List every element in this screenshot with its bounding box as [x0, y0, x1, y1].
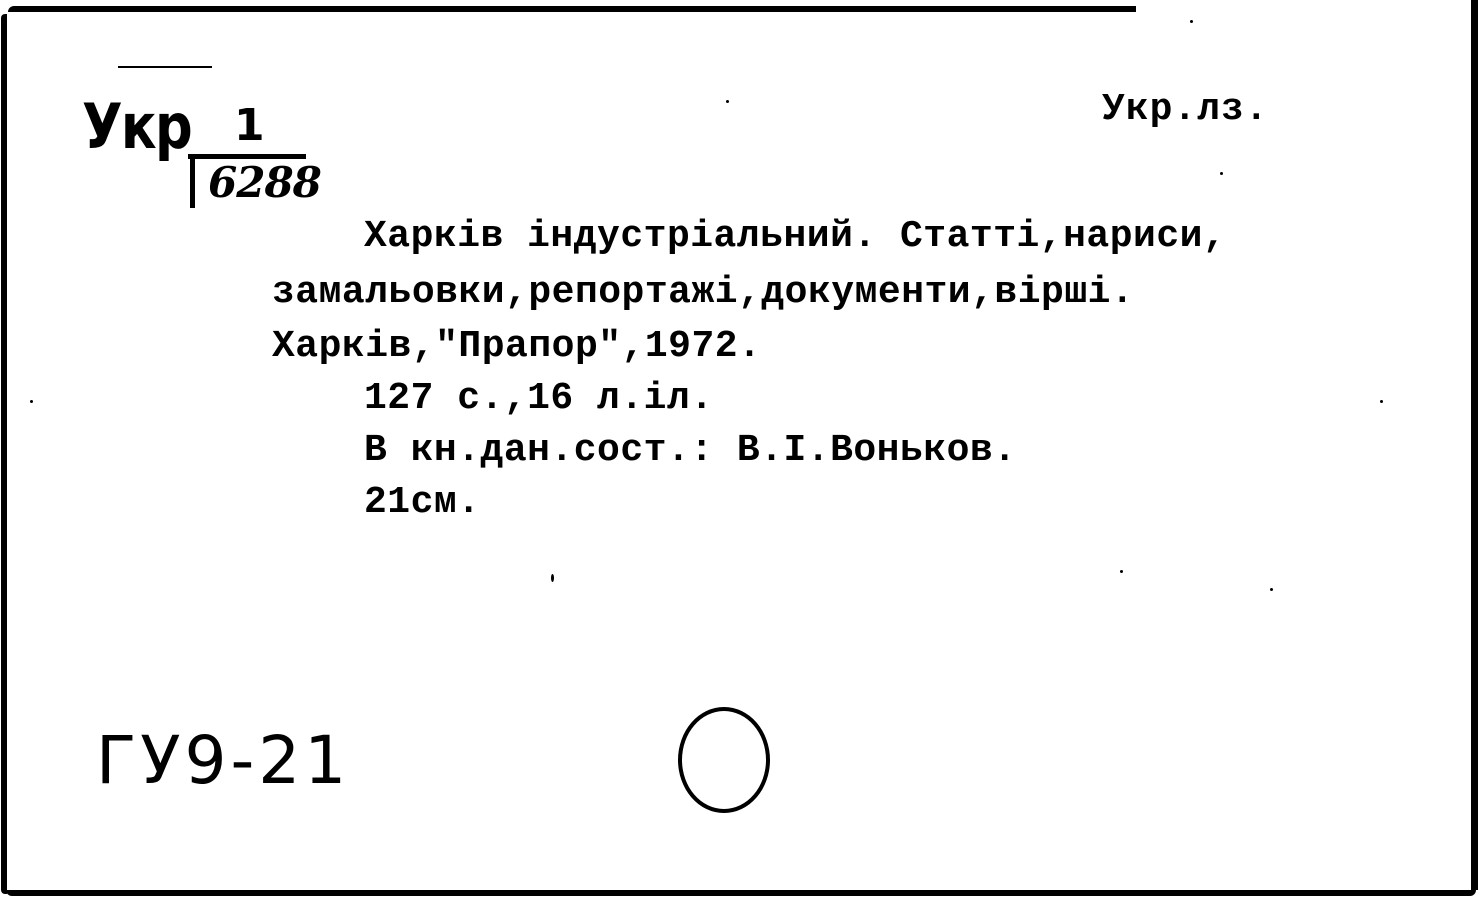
call-number-denominator: 6288 [208, 158, 321, 207]
call-number-numerator: 1 [234, 100, 265, 151]
entry-compiler-line: В кн.дан.сост.: В.І.Воньков. [364, 432, 1017, 470]
card-border-top [8, 6, 1136, 12]
entry-size-line: 21см. [364, 484, 481, 522]
fraction-stem [190, 158, 195, 208]
scan-speck [726, 100, 729, 103]
card-border-left [1, 14, 7, 894]
section-code: Укр.лз. [1102, 88, 1269, 131]
call-number-fraction: 1 6288 [188, 100, 338, 210]
card-border-bottom [6, 890, 1476, 896]
scan-speck [1190, 20, 1193, 23]
shelf-mark: ГУ9-21 [96, 722, 350, 799]
entry-imprint-line: Харків,"Прапор",1972. [272, 328, 761, 366]
call-number-prefix: Укр [82, 96, 191, 158]
scan-speck [551, 574, 554, 582]
card-border-right [1471, 0, 1478, 890]
entry-pagination-line: 127 с.,16 л.іл. [364, 380, 714, 418]
scan-speck [1270, 588, 1273, 591]
scan-speck [1220, 172, 1223, 175]
scan-speck [1380, 400, 1383, 403]
pencil-rule [118, 66, 212, 68]
scan-speck [30, 400, 33, 403]
scan-speck [1120, 570, 1123, 573]
punch-hole-icon [678, 707, 770, 813]
entry-subtitle-line: замальовки,репортажі,документи,вірші. [272, 274, 1134, 312]
entry-title-line: Харків індустріальний. Статті,нариси, [364, 218, 1226, 256]
